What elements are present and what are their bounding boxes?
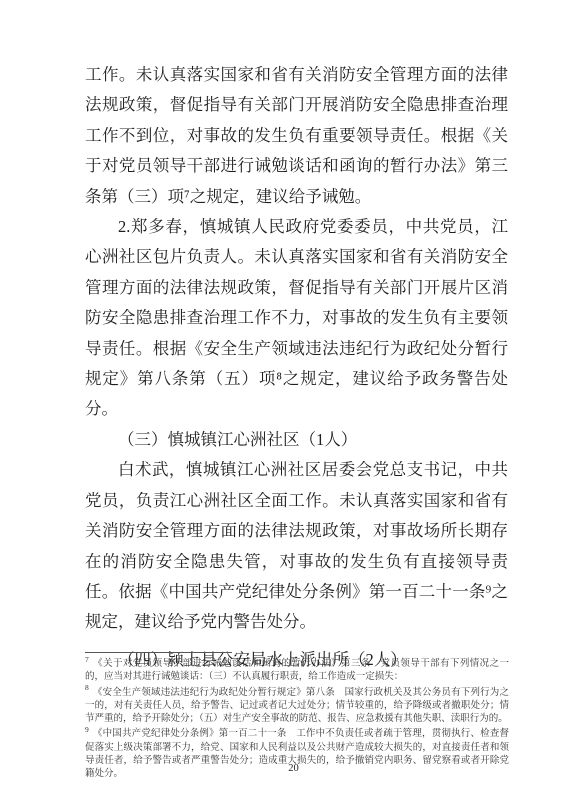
document-body: 工作。未认真落实国家和省有关消防安全管理方面的法律法规政策，督促指导有关部门开展… [85,60,508,675]
footnote-8-text: 《安全生产领域违法违纪行为政纪处分暂行规定》第八条 国家行政机关及其公务员有下列… [85,688,509,725]
paragraph-continuation: 工作。未认真落实国家和省有关消防安全管理方面的法律法规政策，督促指导有关部门开展… [85,60,508,212]
footnote-8-marker: 8 [85,683,89,692]
footnote-separator-rule [85,652,232,653]
footnote-7-marker: 7 [85,655,89,664]
section-heading-3: （三）慎城镇江心洲社区（1人） [85,425,508,455]
footnote-8: 8《安全生产领域违法违纪行为政纪处分暂行规定》第八条 国家行政机关及其公务员有下… [85,687,509,727]
footnote-7-text: 《关于对党员领导干部进行诫勉谈话和函询的暂行办法》第三条 党员领导干部有下列情况… [85,659,509,682]
page-number: 20 [0,763,587,774]
document-page: 工作。未认真落实国家和省有关消防安全管理方面的法律法规政策，督促指导有关部门开展… [0,0,587,807]
paragraph-bai-shuwu: 白术武，慎城镇江心洲社区居委会党总支书记，中共党员，负责江心洲社区全面工作。未认… [85,455,508,637]
paragraph-zheng-duochun: 2.郑多春，慎城镇人民政府党委委员，中共党员，江心洲社区包片负责人。未认真落实国… [85,212,508,425]
footnote-7: 7《关于对党员领导干部进行诫勉谈话和函询的暂行办法》第三条 党员领导干部有下列情… [85,658,509,685]
footnote-9-marker: 9 [85,725,89,734]
